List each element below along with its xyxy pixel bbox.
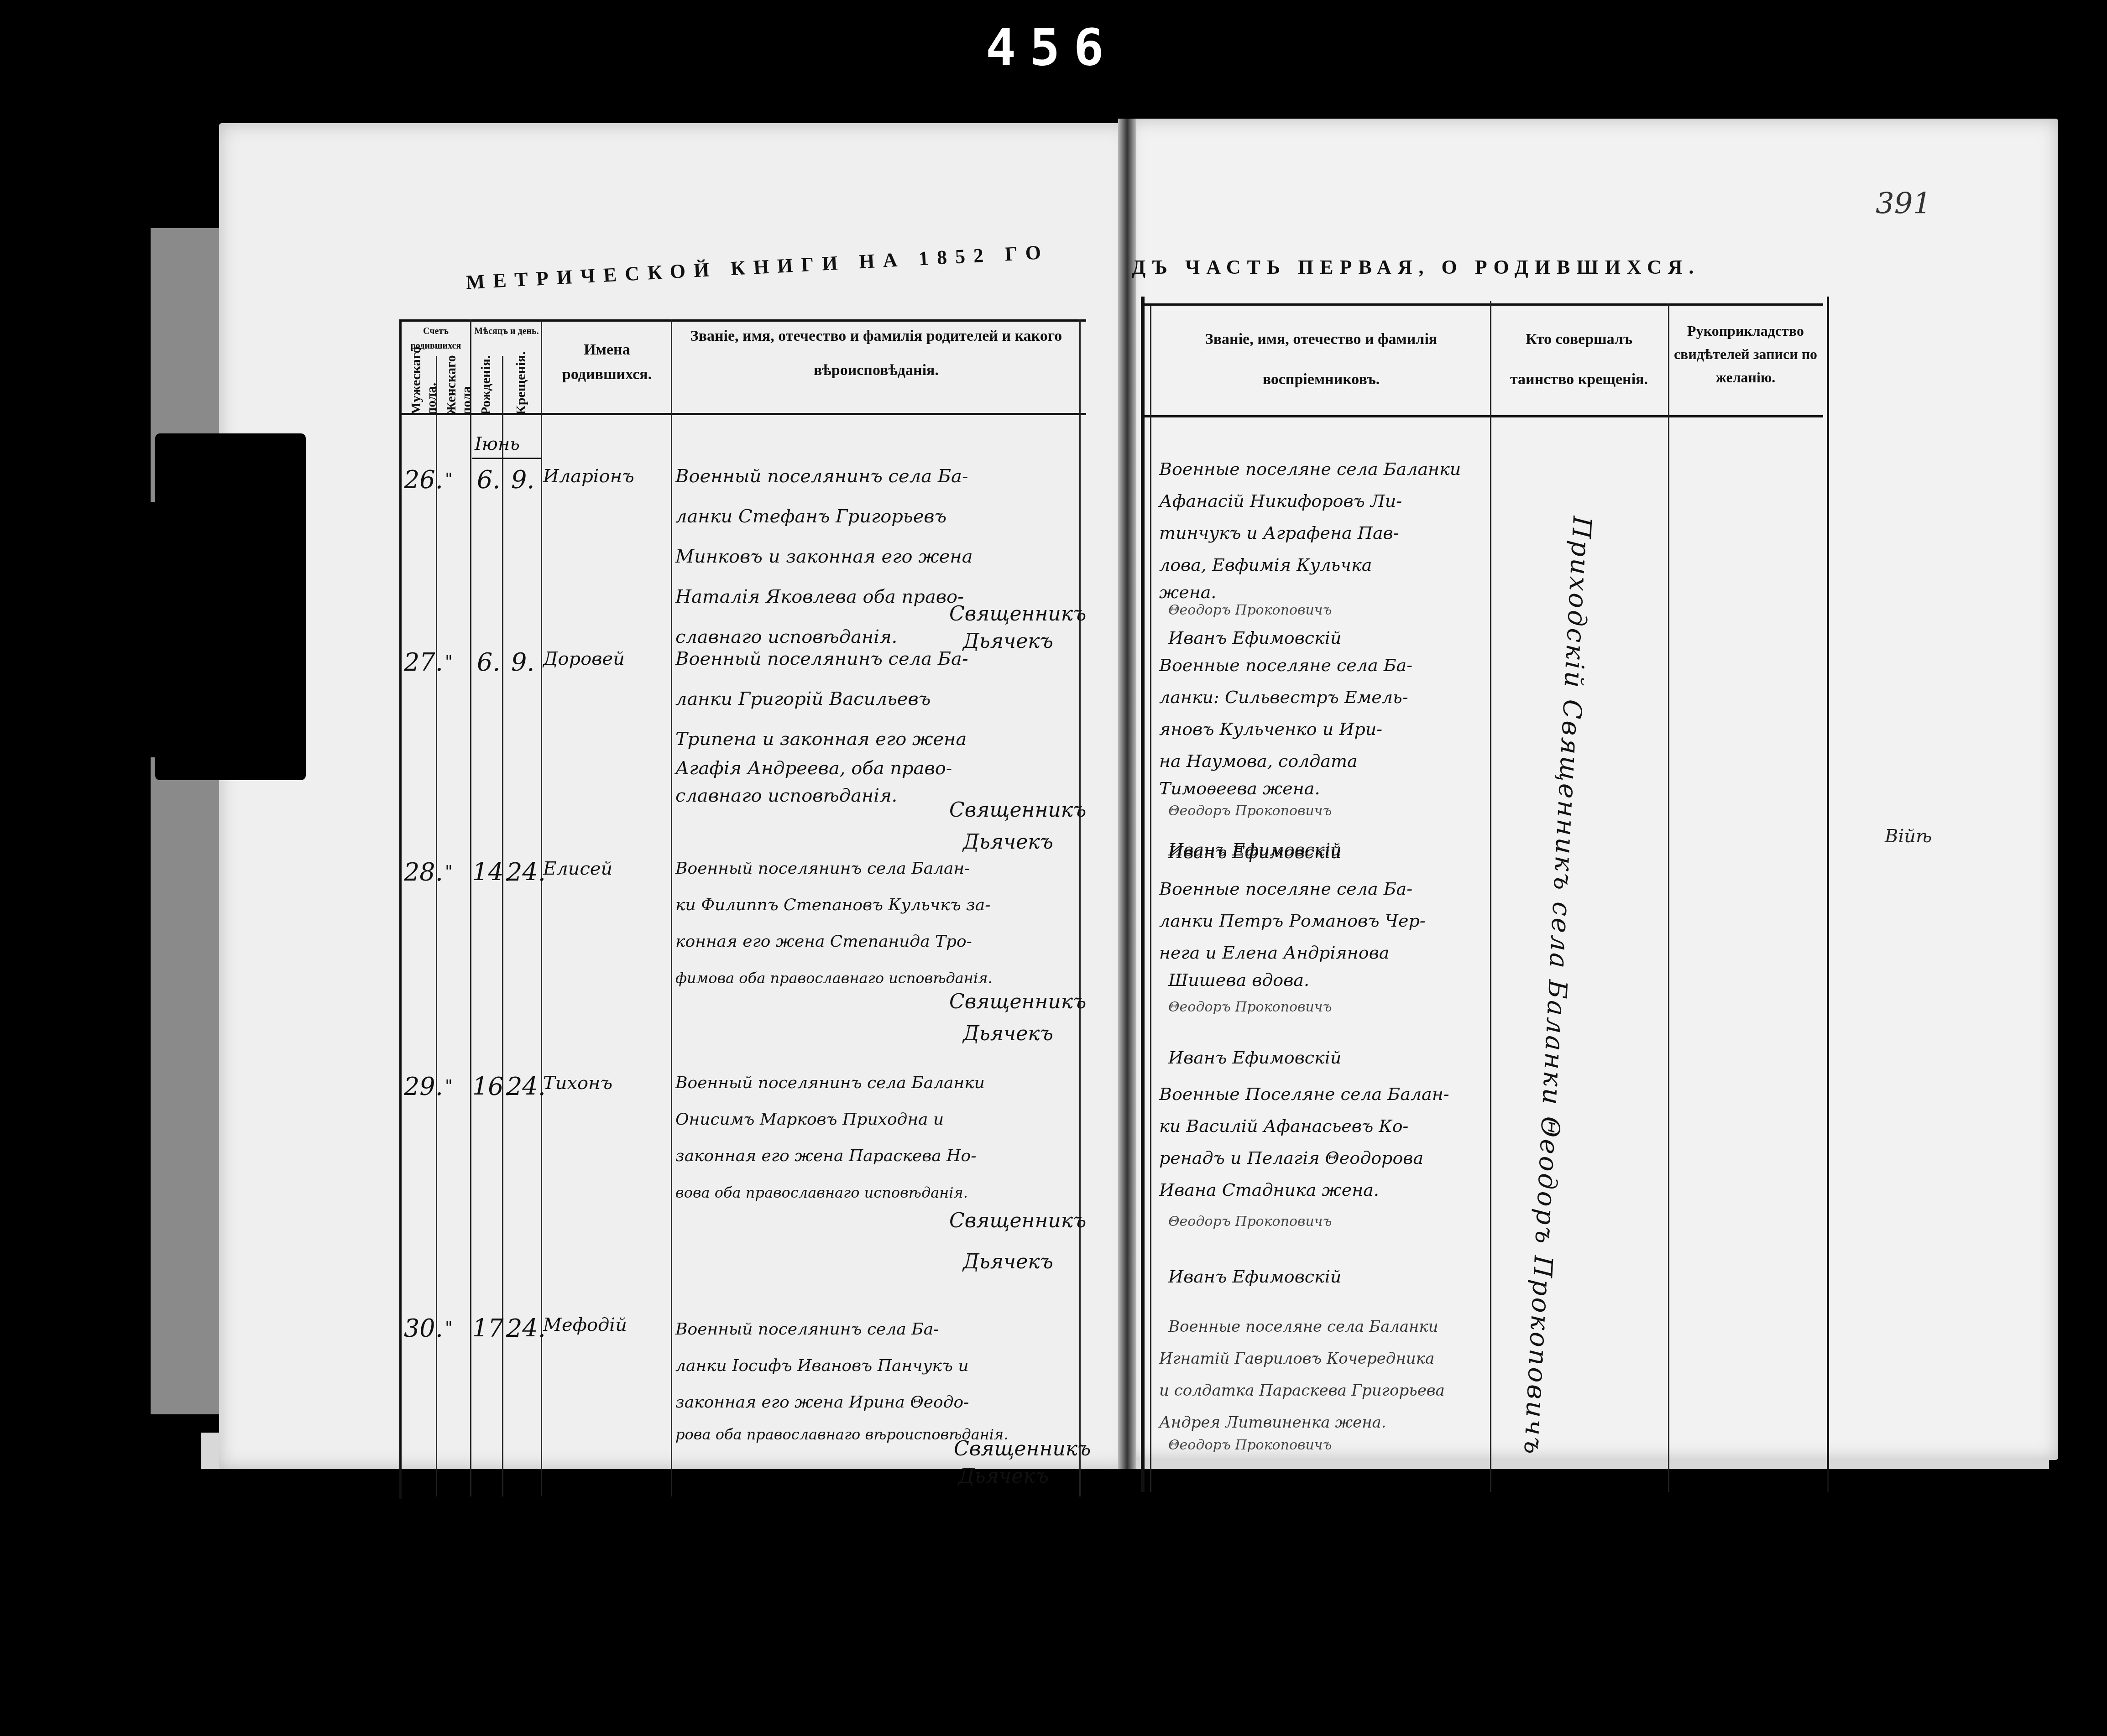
birth-day: 6. [477,648,501,677]
title-right: ДЪ ЧАСТЬ ПЕРВАЯ, О РОДИВШИХСЯ. [1132,255,1700,279]
child-name: Мефодій [543,1305,627,1345]
godparents-line: Военные поселяне села Баланки [1168,1309,1438,1344]
parents-line: ланки Іосифъ Ивановъ Панчукъ и [675,1346,969,1386]
header-godparents: Званіе, имя, отечество и фамилія воспріе… [1155,319,1488,400]
clerk-signature: Дьячекъ [958,1465,1049,1488]
male-count: 27. [404,648,443,677]
godparents-line: Шишева вдова. [1168,963,1309,997]
godparents-line: Тимоѳеева жена. [1159,771,1320,806]
godparent-signature: Θеодоръ Прокоповичъ [1168,803,1332,819]
page-number: 391 [1876,187,1931,221]
col-divider [671,319,672,1496]
priest-signature: Священникъ [954,1437,1091,1460]
birth-day: 14. [472,858,512,886]
godparents-line: Военные поселяне села Баланки [1159,452,1461,486]
child-name: Тихонъ [543,1063,612,1103]
priest-signature: Священникъ [949,798,1086,822]
baptism-day: 9. [511,465,535,494]
godparents-line: Андрея Литвиненка жена. [1159,1405,1386,1440]
godparents-line: Военные поселяне села Ба- [1159,648,1412,683]
female-count: " [445,862,453,881]
parents-line: законная его жена Параскева Но- [675,1136,976,1176]
header-performer: Кто совершалъ таинство крещенія. [1492,319,1666,400]
godparents-line: ланки Петръ Романовъ Чер- [1159,903,1426,938]
godparents-line: Военные поселяне села Ба- [1159,871,1412,906]
godparents-line: Военные Поселяне села Балан- [1159,1077,1449,1111]
female-count: " [445,1077,453,1095]
godparents-line: ренадъ и Пелагія Θеодорова [1159,1141,1423,1175]
col-divider [1490,301,1491,1492]
male-count: 26. [404,465,443,494]
header-female: Женскаго пола [444,360,475,415]
header-witnesses: Рукоприкладство свидѣтелей записи по жел… [1670,319,1821,390]
godparent-signature: Θеодоръ Прокоповичъ [1168,1214,1332,1230]
godparent-signature: Θеодоръ Прокоповичъ [1168,999,1332,1015]
binding-clip [155,433,306,780]
parents-line: Военный поселянинъ села Ба- [675,1309,939,1350]
godparents-line: и солдатка Параскева Григорьева [1159,1373,1445,1408]
parents-line: Военный поселянинъ села Ба- [675,639,968,679]
godparent-signature: Иванъ Ефимовскій [1168,1259,1341,1294]
header-names: Имена родившихся. [545,338,669,387]
left-header-bottom-rule [402,413,1086,415]
right-header-bottom-rule [1141,415,1823,417]
godparents-line: Игнатій Гавриловъ Кочередника [1159,1341,1434,1376]
godparent-signature: Иванъ Ефимовскій [1168,839,1341,860]
female-count: " [445,470,453,489]
parents-line: славнаго исповѣданія. [675,776,897,816]
header-date-group: Мѣсяцъ и день. [472,324,541,339]
parents-line: Военный поселянинъ села Балан- [675,849,970,889]
baptism-day: 24. [507,858,546,886]
right-header-top-rule [1141,303,1823,306]
parents-line: Минковъ и законная его жена [675,537,973,577]
female-count: " [445,1319,453,1337]
clerk-signature: Дьячекъ [963,830,1053,854]
godparent-signature: Иванъ Ефимовскій [1168,1040,1341,1075]
header-baptism: Крещенія. [513,360,529,415]
male-count: 29. [404,1072,443,1101]
godparents-line: ланки: Сильвестръ Емель- [1159,680,1408,714]
col-divider [1668,303,1669,1492]
header-birth: Рожденія. [478,360,494,415]
godparent-signature: Θеодоръ Прокоповичъ [1168,602,1332,618]
clerk-signature: Дьячекъ [963,1022,1053,1045]
godparents-line: тинчукъ и Аграфена Пав- [1159,516,1399,550]
godparents-line: Ивана Стадника жена. [1159,1173,1379,1207]
baptism-day: 24. [507,1072,546,1101]
month-rule [472,458,541,459]
clerk-signature: Дьячекъ [963,1250,1053,1273]
col-divider [470,319,471,1496]
birth-day: 6. [477,465,501,494]
clip-shadow [0,502,173,757]
clerk-signature: Дьячекъ [963,630,1053,653]
male-count: 30. [404,1314,443,1343]
book-gutter [1118,119,1136,1469]
godparents-line: Афанасій Никифоровъ Ли- [1159,484,1402,518]
col-divider [1150,306,1151,1492]
parents-line: ланки Григорій Васильевъ [675,679,931,719]
col-divider [1079,319,1081,1496]
parents-line: ланки Стефанъ Григорьевъ [675,496,946,537]
birth-day: 16. [472,1072,512,1101]
header-male: Мужескаго пола. [408,360,439,415]
parents-line: ки Филиппъ Степановъ Кульчкъ за- [675,885,990,925]
parents-line: Наталія Яковлева оба право- [675,577,964,617]
child-name: Елисей [543,849,612,889]
priest-signature: Священникъ [949,1209,1086,1232]
female-count: " [445,652,453,671]
child-name: Доровей [543,639,625,679]
month-label: Іюнь [475,433,520,454]
birth-day: 17. [472,1314,512,1343]
baptism-day: 24. [507,1314,546,1343]
godparent-signature: Θеодоръ Прокоповичъ [1168,1437,1332,1453]
parents-line: Онисимъ Марковъ Приходна и [675,1100,944,1140]
margin-note: Війѣ [1885,826,1932,847]
parents-line: вова оба православнаго исповѣданія. [675,1173,968,1213]
parents-line: конная его жена Степанида Тро- [675,922,972,962]
parents-line: Военный поселянинъ села Баланки [675,1063,985,1103]
parents-line: фимова оба православнаго исповѣданія. [675,958,993,998]
child-name: Иларіонъ [543,456,634,496]
baptism-day: 9. [511,648,535,677]
header-parents: Званіе, имя, отечество и фамилія родител… [675,319,1077,388]
male-count: 28. [404,858,443,886]
godparents-line: ки Василій Афанасьевъ Ко- [1159,1109,1408,1143]
godparents-line: яновъ Кульченко и Ири- [1159,712,1382,746]
parents-line: Военный поселянинъ села Ба- [675,456,968,496]
priest-signature: Священникъ [949,602,1086,626]
priest-signature: Священникъ [949,990,1086,1013]
frame-number: 456 [986,18,1118,77]
